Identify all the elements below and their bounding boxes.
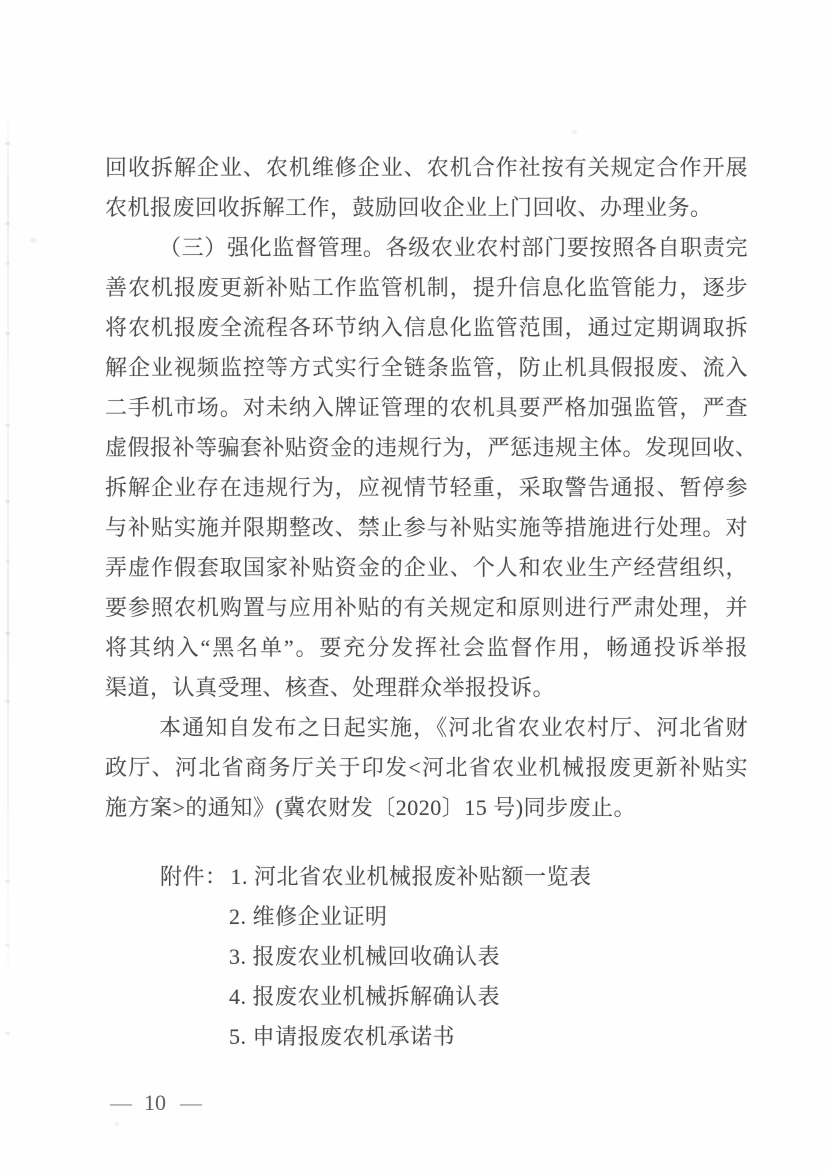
body-line: 虚假报补等骗套补贴资金的违规行为，严惩违规主体。发现回收、 — [105, 428, 748, 468]
scan-speck — [5, 880, 10, 883]
scan-speck — [5, 700, 10, 703]
scan-speck — [5, 222, 10, 225]
attachment-item: 3. 报废农业机械回收确认表 — [160, 937, 720, 977]
scan-speck — [5, 142, 10, 145]
body-line: 弄虚作假套取国家补贴资金的企业、个人和农业生产经营组织， — [105, 548, 748, 588]
attachment-item: 2. 维修企业证明 — [160, 897, 720, 937]
attachment-item: 5. 申请报废农机承诺书 — [160, 1017, 720, 1057]
scan-speck — [5, 424, 10, 427]
attachment-row: 附件：1. 河北省农业机械报废补贴额一览表 — [160, 857, 720, 897]
body-line: 要参照农机购置与应用补贴的有关规定和原则进行严肃处理，并 — [105, 588, 748, 628]
body-line: 善农机报废更新补贴工作监管机制，提升信息化监管能力，逐步 — [105, 268, 748, 308]
attachment-item: 4. 报废农业机械拆解确认表 — [160, 977, 720, 1017]
attachments-block: 附件：1. 河北省农业机械报废补贴额一览表 2. 维修企业证明 3. 报废农业机… — [160, 857, 720, 1057]
scan-speck — [5, 1032, 10, 1035]
attachment-item: 1. 河北省农业机械报废补贴额一览表 — [231, 864, 592, 889]
attachments-label: 附件： — [160, 864, 228, 889]
page-number: — 10 — — [110, 1088, 200, 1118]
scan-speck — [5, 560, 10, 563]
document-page: 回收拆解企业、农机维修企业、农机合作社按有关规定合作开展 农机报废回收拆解工作，… — [0, 0, 826, 1171]
scan-speck — [5, 332, 10, 335]
scan-speck — [5, 262, 10, 265]
scan-edge-artifact — [7, 110, 9, 1060]
footer-dash-right: — — [180, 1090, 200, 1116]
body-line: 回收拆解企业、农机维修企业、农机合作社按有关规定合作开展 — [105, 148, 748, 188]
scan-speck — [115, 1122, 119, 1126]
body-line: 二手机市场。对未纳入牌证管理的农机具要严格加强监管，严查 — [105, 388, 748, 428]
body-line: 施方案>的通知》(冀农财发〔2020〕15 号)同步废止。 — [105, 788, 748, 828]
body-line: 解企业视频监控等方式实行全链条监管，防止机具假报废、流入 — [105, 348, 748, 388]
body-line: 本通知自发布之日起实施，《河北省农业农村厅、河北省财 — [105, 708, 748, 748]
body-line: 将其纳入“黑名单”。要充分发挥社会监督作用，畅通投诉举报 — [105, 628, 748, 668]
scan-speck — [5, 500, 10, 503]
body-line: 农机报废回收拆解工作，鼓励回收企业上门回收、办理业务。 — [105, 188, 748, 228]
body-line: 渠道，认真受理、核查、处理群众举报投诉。 — [105, 668, 748, 708]
scan-speck — [30, 238, 37, 243]
body-line: （三）强化监督管理。各级农业农村部门要按照各自职责完 — [105, 228, 748, 268]
document-body: 回收拆解企业、农机维修企业、农机合作社按有关规定合作开展 农机报废回收拆解工作，… — [105, 148, 748, 828]
scan-speck — [572, 130, 577, 134]
scan-speck — [5, 944, 10, 947]
scan-speck — [5, 632, 10, 635]
body-line: 政厅、河北省商务厅关于印发<河北省农业机械报废更新补贴实 — [105, 748, 748, 788]
body-line: 将农机报废全流程各环节纳入信息化监管范围，通过定期调取拆 — [105, 308, 748, 348]
page-number-value: 10 — [144, 1090, 166, 1116]
body-line: 拆解企业存在违规行为，应视情节轻重，采取警告通报、暂停参 — [105, 468, 748, 508]
footer-dash-left: — — [110, 1090, 130, 1116]
body-line: 与补贴实施并限期整改、禁止参与补贴实施等措施进行处理。对 — [105, 508, 748, 548]
